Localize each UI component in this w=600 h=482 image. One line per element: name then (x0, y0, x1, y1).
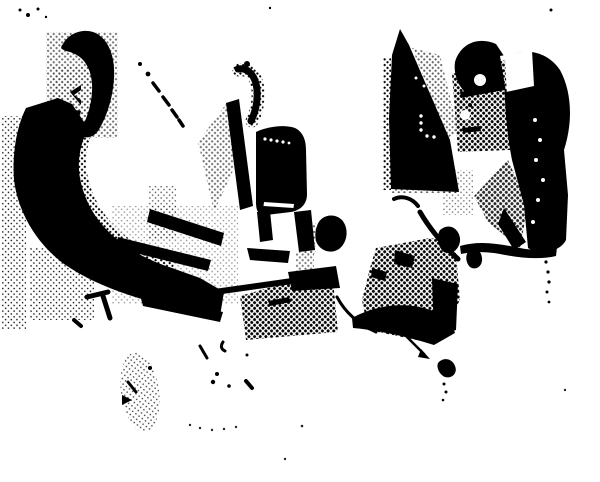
chair-rail-tip (244, 61, 250, 67)
jacket-bottom-fringe (30, 248, 94, 320)
right-person-face (452, 60, 510, 152)
jacket-left-fringe (2, 116, 26, 330)
chair-base-fringe (296, 252, 314, 278)
halftone-canvas: Black-and-white dithered halftone photog… (0, 0, 600, 482)
arm-fringe (443, 170, 473, 215)
halftone-photo: Black-and-white dithered halftone photog… (0, 0, 600, 482)
